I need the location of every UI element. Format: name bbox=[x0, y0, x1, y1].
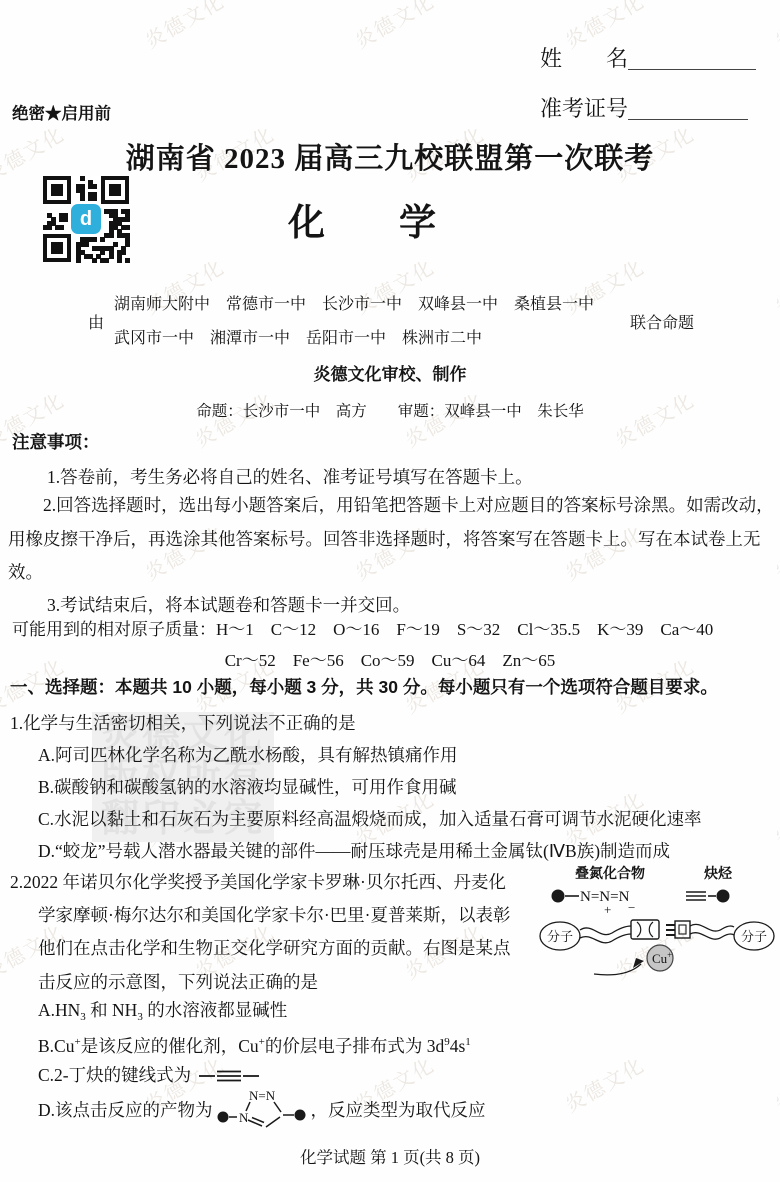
section-1-heading: 一、选择题：本题共 10 小题，每小题 3 分，共 30 分。每小题只有一个选项… bbox=[10, 674, 774, 699]
q2d-text: D.该点击反应的产物为 bbox=[38, 1094, 213, 1128]
azide-molecule-dot bbox=[552, 890, 565, 903]
q2b-text: 的价层电子排布式为 3d bbox=[265, 1036, 444, 1056]
q2-stem-text: 2.2022 年诺贝尔化学奖授予美国化学家卡罗琳·贝尔托西、丹麦化学家摩顿·梅尔… bbox=[10, 872, 511, 992]
buckle-socket bbox=[631, 920, 659, 939]
subject-title: 化 学 bbox=[0, 192, 752, 246]
authors-line: 命题：长沙市一中 高方 审题：双峰县一中 朱长华 bbox=[0, 399, 780, 421]
molecule-right-label: 分子 bbox=[741, 929, 767, 944]
production-credit: 炎德文化审校、制作 bbox=[0, 360, 780, 385]
notice-item-2: 2.回答选择题时，选出每小题答案后，用铅笔把答题卡上对应题目的答案标号涂黑。如需… bbox=[8, 489, 774, 590]
secrecy-label: 绝密★启用前 bbox=[12, 100, 111, 124]
alkyne-molecule-dot bbox=[717, 890, 730, 903]
q1-option-c: C.水泥以黏土和石灰石为主要原料经高温煅烧而成，加入适量石膏可调节水泥硬化速率 bbox=[38, 803, 776, 837]
azide-plus-charge: + bbox=[604, 902, 611, 917]
joint-proposition-label: 联合命题 bbox=[630, 310, 694, 333]
azide-minus-charge: − bbox=[628, 900, 635, 915]
schools-row-1: 湖南师大附中 常德市一中 长沙市一中 双峰县一中 桑植县一中 bbox=[114, 294, 620, 315]
q2b-text: 是该反应的催化剂，Cu bbox=[81, 1036, 259, 1056]
alkyne-label: 炔烃 bbox=[703, 865, 733, 881]
exam-title: 湖南省 2023 届高三九校联盟第一次联考 bbox=[0, 136, 780, 177]
exam-no-blank-line bbox=[628, 97, 748, 120]
ring-left-nitrogen: N bbox=[239, 1110, 249, 1125]
q2b-text: B.Cu bbox=[38, 1036, 74, 1056]
ring-top-nitrogens: N=N bbox=[249, 1088, 276, 1103]
byline: 由 湖南师大附中 常德市一中 长沙市一中 双峰县一中 桑植县一中 武冈市一中 湘… bbox=[88, 294, 694, 349]
click-reaction-figure: 叠氮化合物 炔烃 N=N=N + − 分子 分子 bbox=[538, 864, 778, 980]
q2-option-b: B.Cu+是该反应的催化剂，Cu+的价层电子排布式为 3d94s1 bbox=[38, 1026, 776, 1064]
q1-option-b: B.碳酸钠和碳酸氢钠的水溶液均显碱性，可用作食用碱 bbox=[38, 771, 776, 805]
byline-by-label: 由 bbox=[88, 310, 104, 333]
superscript: 1 bbox=[465, 1036, 471, 1048]
notice-heading: 注意事项： bbox=[12, 429, 100, 454]
q2d-text: ，反应类型为取代反应 bbox=[311, 1094, 486, 1128]
exam-no-field-label: 准考证号 bbox=[540, 96, 628, 121]
q2a-text: A.HN bbox=[38, 1000, 80, 1020]
q2b-text: 4s bbox=[450, 1036, 466, 1056]
triazole-product-structure: N N=N bbox=[216, 1086, 308, 1136]
butyne-skeletal-structure bbox=[199, 1068, 263, 1084]
q1-stem: 1.化学与生活密切相关，下列说法不正确的是 bbox=[10, 707, 356, 741]
buckle-plug bbox=[675, 921, 690, 938]
schools-row-2: 武冈市一中 湘潭市一中 岳阳市一中 株洲市二中 bbox=[114, 328, 620, 349]
q2a-text: 的水溶液都显碱性 bbox=[143, 1000, 287, 1020]
atomic-mass-line-2: Cr～52 Fe～56 Co～59 Cu～64 Zn～65 bbox=[0, 646, 780, 671]
q2a-text: 和 NH bbox=[86, 1000, 138, 1020]
q1-option-a: A.阿司匹林化学名称为乙酰水杨酸，具有解热镇痛作用 bbox=[38, 739, 776, 773]
atomic-mass-line-1: 可能用到的相对原子质量：H～1 C～12 O～16 F～19 S～32 Cl～3… bbox=[12, 615, 713, 640]
q2-option-d: D.该点击反应的产物为 N N=N ，反应类型为取代反应 bbox=[38, 1086, 776, 1136]
molecule-left-label: 分子 bbox=[547, 929, 573, 944]
azide-label: 叠氮化合物 bbox=[575, 865, 645, 881]
page-footer: 化学试题 第 1 页(共 8 页) bbox=[0, 1144, 780, 1168]
